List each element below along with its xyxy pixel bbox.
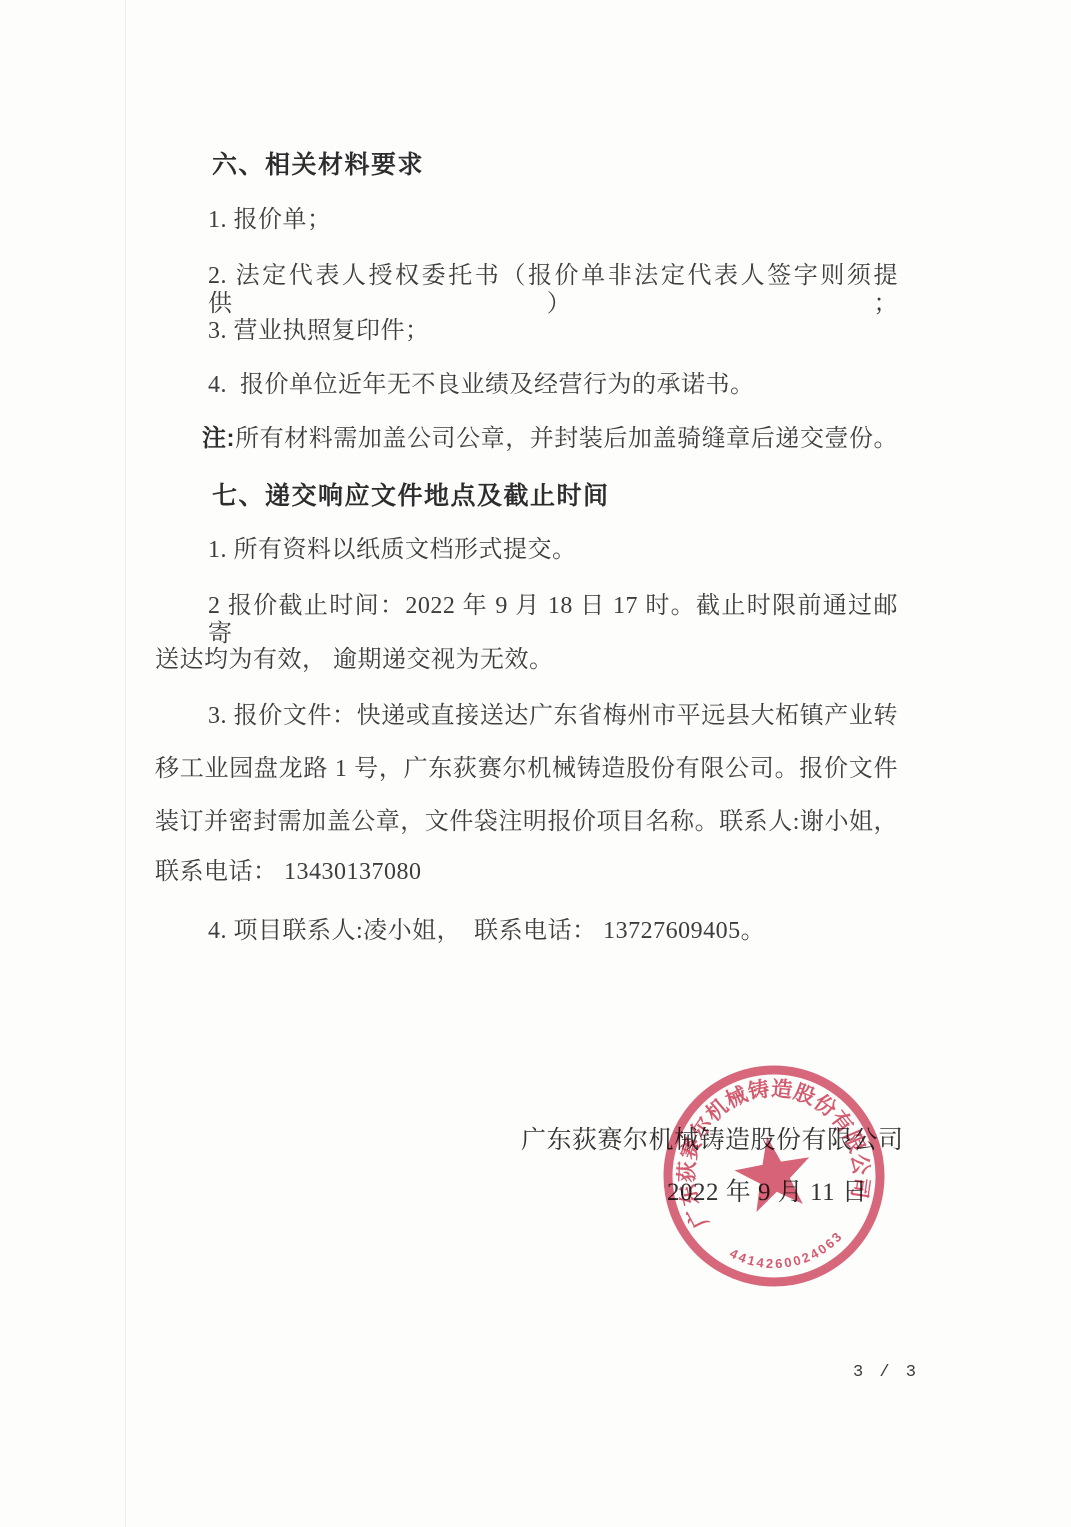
section-6-item-1: 1. 报价单；	[208, 206, 332, 234]
section-6-item-3: 3. 营业执照复印件；	[208, 317, 430, 345]
section-7-para-3-line-2: 移工业园盘龙路 1 号，广东荻赛尔机械铸造股份有限公司。报价文件	[155, 755, 898, 783]
section-7-para-1: 1. 所有资料以纸质文档形式提交。	[208, 536, 577, 564]
scan-fold-line	[125, 0, 126, 1527]
section-7-para-2-line-1: 2 报价截止时间：2022 年 9 月 18 日 17 时。截止时限前通过邮寄	[208, 592, 898, 648]
section-6-note: 注:所有材料需加盖公司公章，并封装后加盖骑缝章后递交壹份。	[202, 425, 898, 453]
seal-outer-ring	[651, 1053, 897, 1299]
section-7-para-4: 4. 项目联系人:凌小姐， 联系电话： 13727609405。	[208, 917, 765, 945]
seal-number-arc-text: 4414260024063	[725, 1226, 850, 1280]
page-number-indicator: 3 / 3	[853, 1363, 919, 1382]
company-seal-stamp: 广东荻赛尔机械铸造股份有限公司 4414260024063	[600, 1002, 948, 1350]
signature-date: 2022 年 9 月 11 日	[667, 1179, 867, 1207]
section-7-para-3-line-1: 3. 报价文件：快递或直接送达广东省梅州市平远县大柘镇产业转	[208, 702, 898, 730]
seal-graphic: 广东荻赛尔机械铸造股份有限公司 4414260024063	[600, 1002, 948, 1350]
signature-company-name: 广东荻赛尔机械铸造股份有限公司	[521, 1127, 904, 1155]
section-7-para-3-line-4: 联系电话： 13430137080	[155, 858, 422, 886]
section-7-heading: 七、递交响应文件地点及截止时间	[212, 482, 610, 510]
section-7-para-2-line-2: 送达均为有效， 逾期递交视为无效。	[155, 646, 554, 674]
section-6-item-4: 4. 报价单位近年无不良业绩及经营行为的承诺书。	[208, 371, 755, 399]
note-text: 所有材料需加盖公司公章，并封装后加盖骑缝章后递交壹份。	[235, 426, 898, 452]
section-6-heading: 六、相关材料要求	[212, 151, 424, 179]
note-label: 注:	[202, 425, 235, 452]
document-page: 六、相关材料要求 1. 报价单； 2. 法定代表人授权委托书（报价单非法定代表人…	[0, 0, 1071, 1527]
section-7-para-3-line-3: 装订并密封需加盖公章，文件袋注明报价项目名称。联系人:谢小姐，	[155, 808, 898, 836]
section-6-item-2: 2. 法定代表人授权委托书（报价单非法定代表人签字则须提供）；	[208, 262, 898, 318]
